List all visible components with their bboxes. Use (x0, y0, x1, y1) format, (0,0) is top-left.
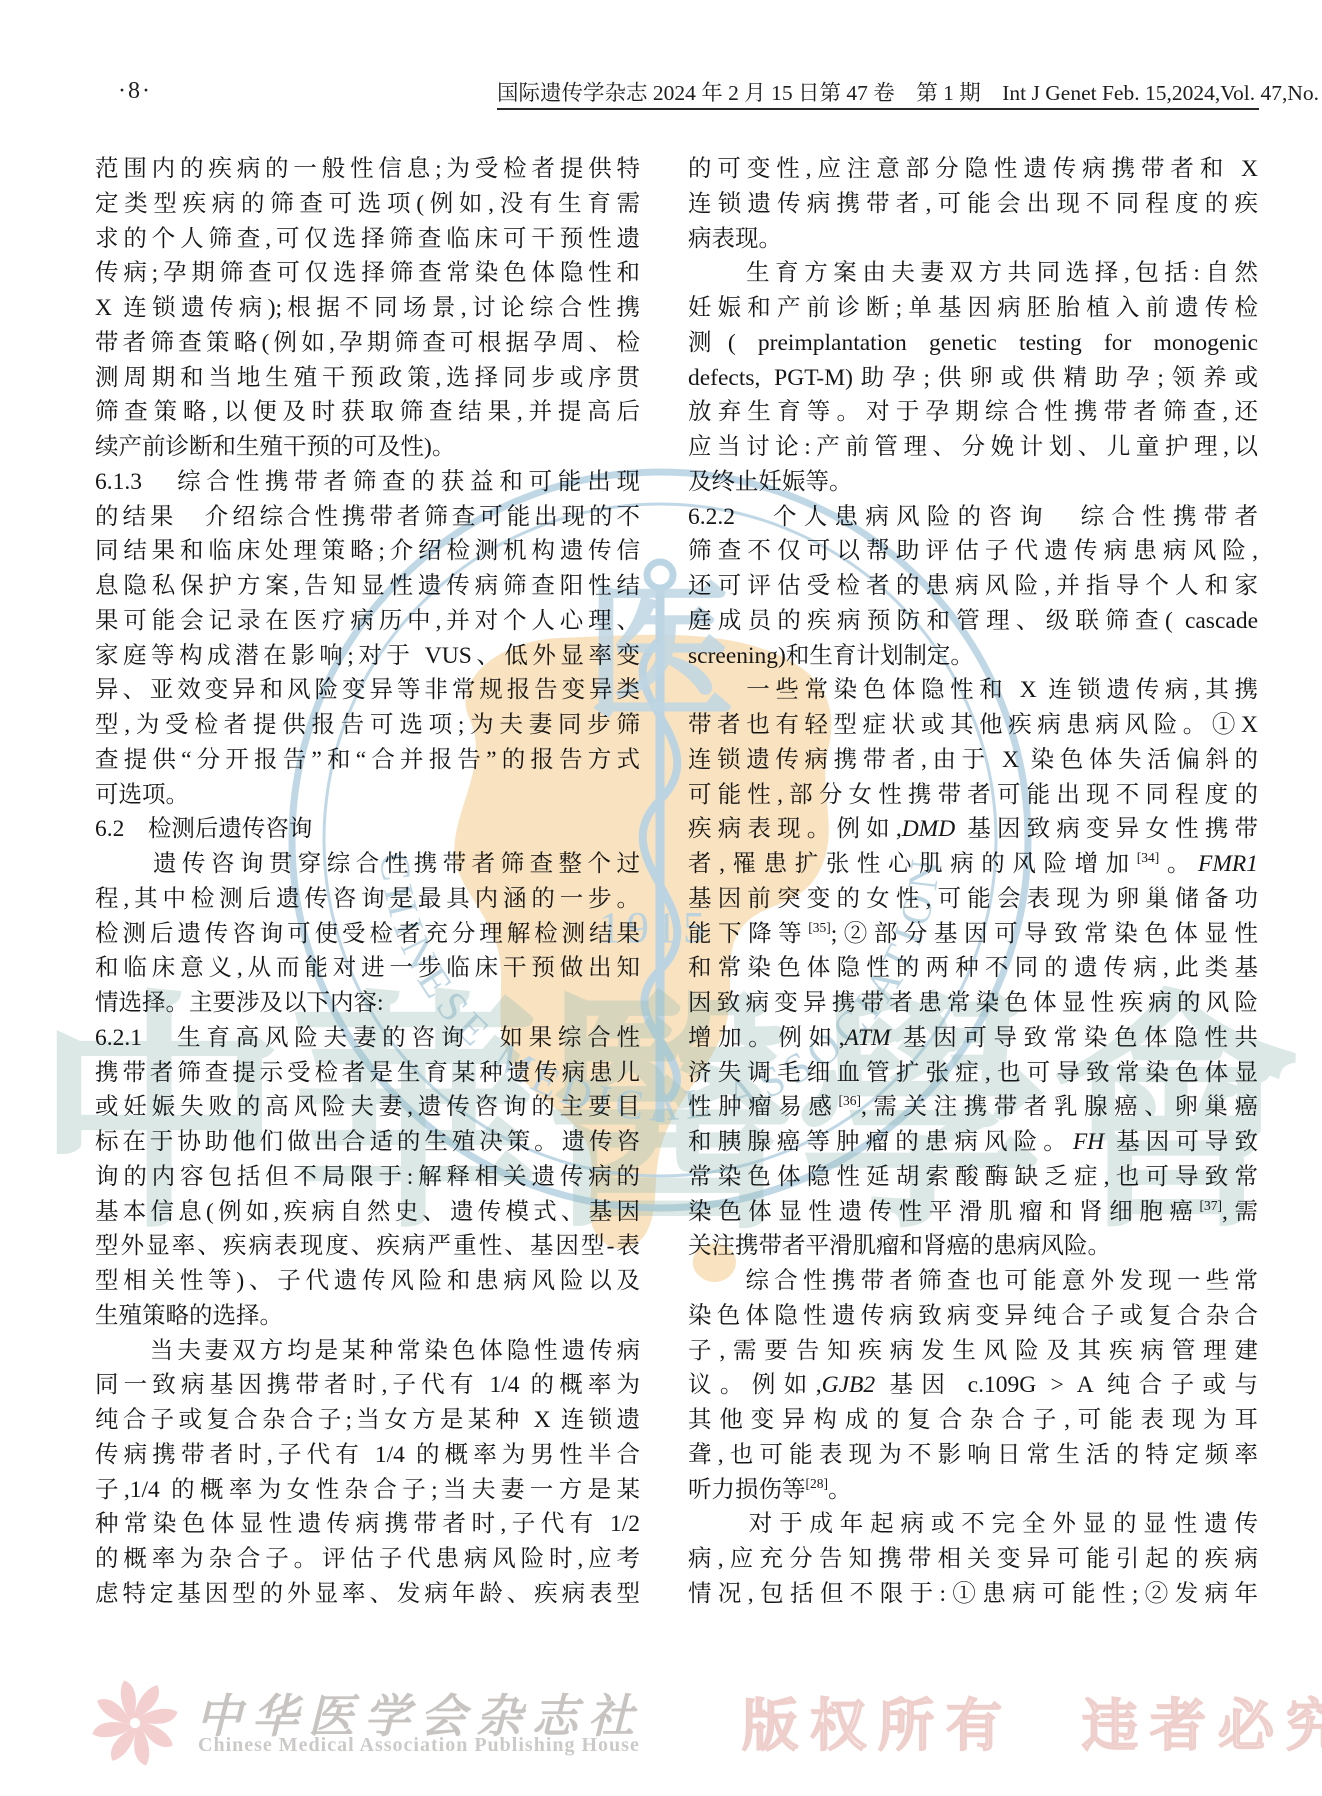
text-line: 情况,包括但不限于:①患病可能性;②发病年 (688, 1577, 1258, 1612)
article-column-left: 范围内的疾病的一般性信息;为受检者提供特定类型疾病的筛查可选项(例如,没有生育需… (95, 152, 640, 1612)
text-line: 生殖策略的选择。 (95, 1299, 640, 1334)
text-line: 6.2.1 生育高风险夫妻的咨询 如果综合性 (95, 1021, 640, 1056)
text-line: 妊娠和产前诊断;单基因病胚胎植入前遗传检 (688, 291, 1258, 326)
header-rule (497, 108, 1259, 110)
journal-header: 国际遗传学杂志 2024 年 2 月 15 日第 47 卷 第 1 期 Int … (497, 76, 1259, 107)
text-line: 果可能会记录在医疗病历中,并对个人心理、 (95, 604, 640, 639)
text-line: 6.2.2 个人患病风险的咨询 综合性携带者 (688, 500, 1258, 535)
text-line: 当夫妻双方均是某种常染色体隐性遗传病 (95, 1334, 640, 1369)
publisher-name-en: Chinese Medical Association Publishing H… (198, 1734, 640, 1757)
text-line: 定类型疾病的筛查可选项(例如,没有生育需 (95, 187, 640, 222)
text-line: 测周期和当地生殖干预政策,选择同步或序贯 (95, 361, 640, 396)
text-line: 带者也有轻型症状或其他疾病患病风险。①X (688, 708, 1258, 743)
text-line: 放弃生育等。对于孕期综合性携带者筛查,还 (688, 395, 1258, 430)
text-line: 6.2 检测后遗传咨询 (95, 812, 640, 847)
text-line: 生育方案由夫妻双方共同选择,包括:自然 (688, 256, 1258, 291)
article-column-right: 的可变性,应注意部分隐性遗传病携带者和 X连锁遗传病携带者,可能会出现不同程度的… (688, 152, 1258, 1612)
text-line: 检测后遗传咨询可使受检者充分理解检测结果 (95, 917, 640, 952)
text-line: 传病;孕期筛查可仅选择筛查常染色体隐性和 (95, 256, 640, 291)
text-line: 查提供“分开报告”和“合并报告”的报告方式 (95, 743, 640, 778)
text-line: 可能性,部分女性携带者可能出现不同程度的 (688, 778, 1258, 813)
text-line: 性肿瘤易感[36],需关注携带者乳腺癌、卵巢癌 (688, 1090, 1258, 1125)
text-line: 的结果 介绍综合性携带者筛查可能出现的不 (95, 500, 640, 535)
text-line: 关注携带者平滑肌瘤和肾癌的患病风险。 (688, 1229, 1258, 1264)
text-line: X 连锁遗传病);根据不同场景,讨论综合性携 (95, 291, 640, 326)
text-line: 子,需要告知疾病发生风险及其疾病管理建 (688, 1334, 1258, 1369)
text-line: 范围内的疾病的一般性信息;为受检者提供特 (95, 152, 640, 187)
text-line: 遗传咨询贯穿综合性携带者筛查整个过 (95, 847, 640, 882)
text-line: 病,应充分告知携带相关变异可能引起的疾病 (688, 1542, 1258, 1577)
footer: 中华医学会杂志社 Chinese Medical Association Pub… (0, 1662, 1322, 1782)
text-line: 程,其中检测后遗传咨询是最具内涵的一步。 (95, 882, 640, 917)
text-line: 的可变性,应注意部分隐性遗传病携带者和 X (688, 152, 1258, 187)
text-line: 庭成员的疾病预防和管理、级联筛查( cascade (688, 604, 1258, 639)
text-line: 者,罹患扩张性心肌病的风险增加[34]。FMR1 (688, 847, 1258, 882)
text-line: 续产前诊断和生殖干预的可及性)。 (95, 430, 640, 465)
text-line: 其他变异构成的复合杂合子,可能表现为耳 (688, 1403, 1258, 1438)
text-line: 可选项。 (95, 778, 640, 813)
text-line: 基本信息(例如,疾病自然史、遗传模式、基因 (95, 1195, 640, 1230)
text-line: 和胰腺癌等肿瘤的患病风险。FH 基因可导致 (688, 1125, 1258, 1160)
text-line: 种常染色体显性遗传病携带者时,子代有 1/2 (95, 1507, 640, 1542)
text-line: 基因前突变的女性,可能会表现为卵巢储备功 (688, 882, 1258, 917)
text-line: 情选择。主要涉及以下内容: (95, 986, 640, 1021)
text-line: 和临床意义,从而能对进一步临床干预做出知 (95, 951, 640, 986)
text-line: 家庭等构成潜在影响;对于 VUS、低外显率变 (95, 639, 640, 674)
text-line: 病表现。 (688, 222, 1258, 257)
text-line: 的概率为杂合子。评估子代患病风险时,应考 (95, 1542, 640, 1577)
text-line: 带者筛查策略(例如,孕期筛查可根据孕周、检 (95, 326, 640, 361)
text-line: screening)和生育计划制定。 (688, 639, 1258, 674)
text-line: 疾病表现。例如,DMD 基因致病变异女性携带 (688, 812, 1258, 847)
publisher-flower-icon (92, 1680, 178, 1766)
text-line: 子,1/4 的概率为女性杂合子;当夫妻一方是某 (95, 1473, 640, 1508)
text-line: 综合性携带者筛查也可能意外发现一些常 (688, 1264, 1258, 1299)
text-line: 型外显率、疾病表现度、疾病严重性、基因型-表 (95, 1229, 640, 1264)
text-line: 6.1.3 综合性携带者筛查的获益和可能出现 (95, 465, 640, 500)
text-line: 听力损伤等[28]。 (688, 1473, 1258, 1508)
text-line: 及终止妊娠等。 (688, 465, 1258, 500)
copyright-watermark: 版权所有 违者必究 (742, 1682, 1322, 1762)
page-number: ·8· (118, 78, 152, 105)
text-line: 同一致病基因携带者时,子代有 1/4 的概率为 (95, 1368, 640, 1403)
text-line: 还可评估受检者的患病风险,并指导个人和家 (688, 569, 1258, 604)
journal-page: 医 1915 CHINESE MEDICAL ASSOCIATION 中華醫學會… (0, 0, 1322, 1796)
text-line: 纯合子或复合杂合子;当女方是某种 X 连锁遗 (95, 1403, 640, 1438)
text-line: 携带者筛查提示受检者是生育某种遗传病患儿 (95, 1056, 640, 1091)
text-line: 能下降等[35];②部分基因可导致常染色体显性 (688, 917, 1258, 952)
text-line: defects, PGT-M)助孕;供卵或供精助孕;领养或 (688, 361, 1258, 396)
text-line: 常染色体隐性延胡索酸酶缺乏症,也可导致常 (688, 1160, 1258, 1195)
text-line: 筛查不仅可以帮助评估子代遗传病患病风险, (688, 534, 1258, 569)
text-line: 同结果和临床处理策略;介绍检测机构遗传信 (95, 534, 640, 569)
text-line: 虑特定基因型的外显率、发病年龄、疾病表型 (95, 1577, 640, 1612)
text-line: 异、亚效变异和风险变异等非常规报告变异类 (95, 673, 640, 708)
text-line: 或妊娠失败的高风险夫妻,遗传咨询的主要目 (95, 1090, 640, 1125)
text-line: 议。例如,GJB2 基因 c.109G > A 纯合子或与 (688, 1368, 1258, 1403)
text-line: 染色体隐性遗传病致病变异纯合子或复合杂合 (688, 1299, 1258, 1334)
text-line: 应当讨论:产前管理、分娩计划、儿童护理,以 (688, 430, 1258, 465)
text-line: 标在于协助他们做出合适的生殖决策。遗传咨 (95, 1125, 640, 1160)
text-line: 息隐私保护方案,告知显性遗传病筛查阳性结 (95, 569, 640, 604)
text-line: 型相关性等)、子代遗传风险和患病风险以及 (95, 1264, 640, 1299)
text-line: 连锁遗传病携带者,可能会出现不同程度的疾 (688, 187, 1258, 222)
text-line: 增加。例如,ATM 基因可导致常染色体隐性共 (688, 1021, 1258, 1056)
text-line: 对于成年起病或不完全外显的显性遗传 (688, 1507, 1258, 1542)
text-line: 型,为受检者提供报告可选项;为夫妻同步筛 (95, 708, 640, 743)
text-line: 传病携带者时,子代有 1/4 的概率为男性半合 (95, 1438, 640, 1473)
text-line: 一些常染色体隐性和 X 连锁遗传病,其携 (688, 673, 1258, 708)
caduceus-icon (643, 562, 678, 1122)
text-line: 因致病变异携带者患常染色体显性疾病的风险 (688, 986, 1258, 1021)
text-line: 连锁遗传病携带者,由于 X 染色体失活偏斜的 (688, 743, 1258, 778)
text-line: 筛查策略,以便及时获取筛查结果,并提高后 (95, 395, 640, 430)
text-line: 济失调毛细血管扩张症,也可导致常染色体显 (688, 1056, 1258, 1091)
text-line: 求的个人筛查,可仅选择筛查临床可干预性遗 (95, 222, 640, 257)
text-line: 染色体显性遗传性平滑肌瘤和肾细胞癌[37],需 (688, 1195, 1258, 1230)
text-line: 和常染色体隐性的两种不同的遗传病,此类基 (688, 951, 1258, 986)
text-line: 测( preimplantation genetic testing for m… (688, 326, 1258, 361)
text-line: 聋,也可能表现为不影响日常生活的特定频率 (688, 1438, 1258, 1473)
text-line: 询的内容包括但不局限于:解释相关遗传病的 (95, 1160, 640, 1195)
